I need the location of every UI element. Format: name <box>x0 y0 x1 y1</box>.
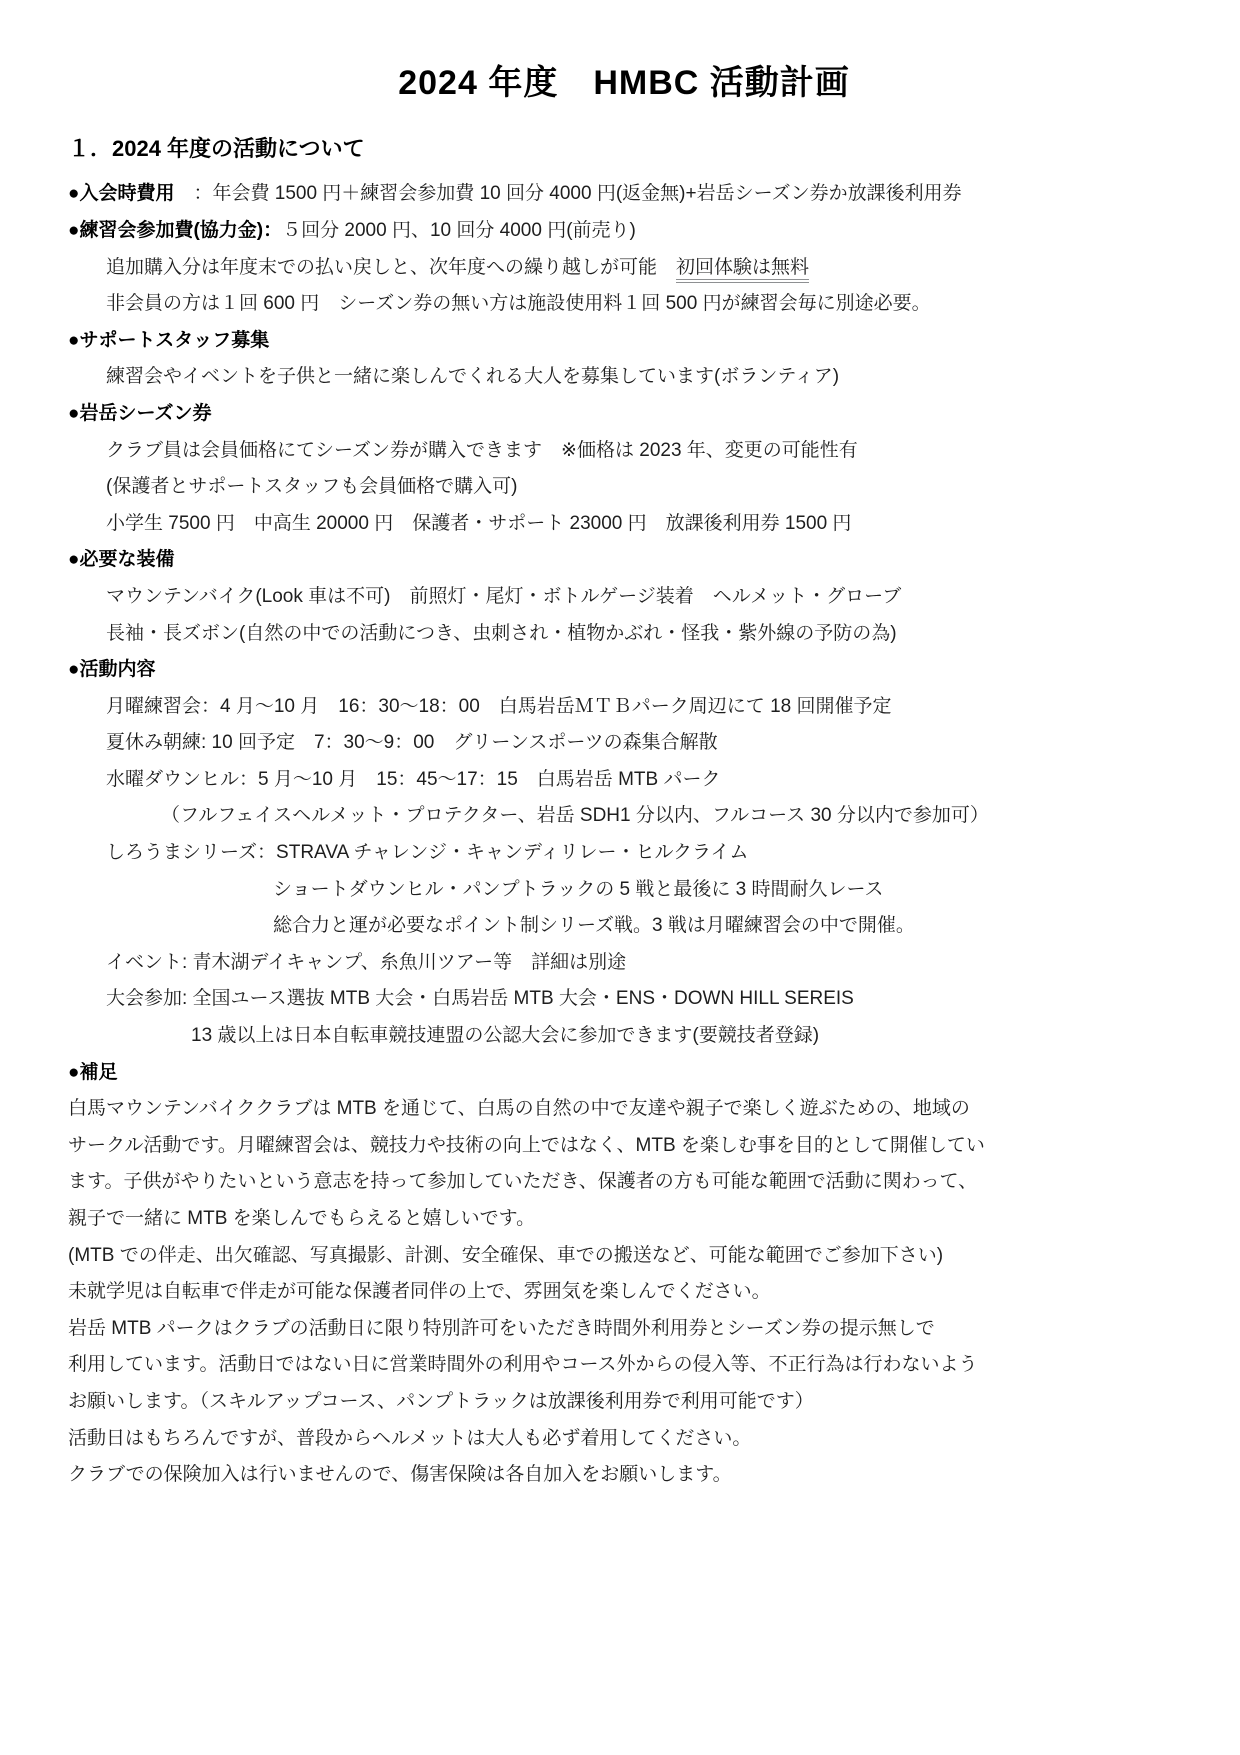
line-text: （フルフェイスヘルメット・プロテクター、岩岳 SDH1 分以内、フルコース 30… <box>161 805 989 826</box>
line-text: 親子で一緒に MTB を楽しんでもらえると嬉しいです。 <box>68 1208 535 1229</box>
document-page: 2024 年度 HMBC 活動計画 １．2024 年度の活動について ●入会時費… <box>0 0 1240 1755</box>
text-line: 親子で一緒に MTB を楽しんでもらえると嬉しいです。 <box>68 1201 1180 1238</box>
line-text: マウンテンバイク(Look 車は不可) 前照灯・尾灯・ボトルゲージ装着 ヘルメッ… <box>106 586 901 607</box>
line-text: 非会員の方は１回 600 円 シーズン券の無い方は施設使用料１回 500 円が練… <box>106 293 931 314</box>
line-text: 月曜練習会：4 月～10 月 16：30～18：00 白馬岩岳ＭＴＢパーク周辺に… <box>106 696 892 717</box>
text-line: 大会参加: 全国ユース選抜 MTB 大会・白馬岩岳 MTB 大会・ENS・DOW… <box>68 981 1180 1018</box>
line-text: クラブ員は会員価格にてシーズン券が購入できます ※価格は 2023 年、変更の可… <box>106 440 858 461</box>
line-text: (MTB での伴走、出欠確認、写真撮影、計測、安全確保、車での搬送など、可能な範… <box>68 1245 943 1266</box>
bullet-line: ●練習会参加費(協力金)：５回分 2000 円、10 回分 4000 円(前売り… <box>68 213 1180 250</box>
line-text: (保護者とサポートスタッフも会員価格で購入可) <box>106 476 517 497</box>
line-text: サークル活動です。月曜練習会は、競技力や技術の向上ではなく、MTB を楽しむ事を… <box>68 1135 985 1156</box>
line-text: ５回分 2000 円、10 回分 4000 円(前売り) <box>282 220 636 241</box>
text-line: 水曜ダウンヒル：5 月～10 月 15：45～17：15 白馬岩岳 MTB パー… <box>68 762 1180 799</box>
text-line: 白馬マウンテンバイククラブは MTB を通じて、白馬の自然の中で友達や親子で楽し… <box>68 1091 1180 1128</box>
line-text: ショートダウンヒル・パンプトラックの 5 戦と最後に 3 時間耐久レース <box>273 879 884 900</box>
line-text: お願いします。（スキルアップコース、パンプトラックは放課後利用券で利用可能です） <box>68 1391 814 1412</box>
text-line: しろうまシリーズ：STRAVA チャレンジ・キャンディリレー・ヒルクライム <box>68 835 1180 872</box>
text-line: イベント: 青木湖デイキャンプ、糸魚川ツアー等 詳細は別途 <box>68 945 1180 982</box>
text-line: 岩岳 MTB パークはクラブの活動日に限り特別許可をいただき時間外利用券とシーズ… <box>68 1311 1180 1348</box>
line-text: 水曜ダウンヒル：5 月～10 月 15：45～17：15 白馬岩岳 MTB パー… <box>106 769 720 790</box>
text-line: 月曜練習会：4 月～10 月 16：30～18：00 白馬岩岳ＭＴＢパーク周辺に… <box>68 689 1180 726</box>
bullet-label: ●活動内容 <box>68 659 155 680</box>
line-text: 長袖・長ズボン(自然の中での活動につき、虫刺され・植物かぶれ・怪我・紫外線の予防… <box>106 623 897 644</box>
text-line: 活動日はもちろんですが、普段からヘルメットは大人も必ず着用してください。 <box>68 1421 1180 1458</box>
text-line: クラブ員は会員価格にてシーズン券が購入できます ※価格は 2023 年、変更の可… <box>68 433 1180 470</box>
line-text: 追加購入分は年度末での払い戻しと、次年度への繰り越しが可能 <box>106 257 676 278</box>
line-text: イベント: 青木湖デイキャンプ、糸魚川ツアー等 詳細は別途 <box>106 952 626 973</box>
bullet-line: ●補足 <box>68 1055 1180 1092</box>
bullet-label: ●必要な装備 <box>68 549 174 570</box>
bullet-label: ●入会時費用 <box>68 183 174 204</box>
bullet-label: ●岩岳シーズン券 <box>68 403 212 424</box>
bullet-label: ●サポートスタッフ募集 <box>68 330 269 351</box>
document-title: 2024 年度 HMBC 活動計画 <box>68 60 1180 108</box>
line-text: 総合力と運が必要なポイント制シリーズ戦。3 戦は月曜練習会の中で開催。 <box>273 915 915 936</box>
line-text: 練習会やイベントを子供と一緒に楽しんでくれる大人を募集しています(ボランティア) <box>106 366 839 387</box>
line-text: 未就学児は自転車で伴走が可能な保護者同伴の上で、雰囲気を楽しんでください。 <box>68 1281 771 1302</box>
bullet-line: ●必要な装備 <box>68 542 1180 579</box>
text-line: （フルフェイスヘルメット・プロテクター、岩岳 SDH1 分以内、フルコース 30… <box>68 798 1180 835</box>
text-line: サークル活動です。月曜練習会は、競技力や技術の向上ではなく、MTB を楽しむ事を… <box>68 1128 1180 1165</box>
text-line: 利用しています。活動日ではない日に営業時間外の利用やコース外からの侵入等、不正行… <box>68 1347 1180 1384</box>
text-line: クラブでの保険加入は行いませんので、傷害保険は各自加入をお願いします。 <box>68 1457 1180 1494</box>
document-body: ●入会時費用 ：年会費 1500 円＋練習会参加費 10 回分 4000 円(返… <box>68 176 1180 1493</box>
line-text: クラブでの保険加入は行いませんので、傷害保険は各自加入をお願いします。 <box>68 1464 732 1485</box>
text-line: (MTB での伴走、出欠確認、写真撮影、計測、安全確保、車での搬送など、可能な範… <box>68 1238 1180 1275</box>
bullet-label: ●補足 <box>68 1062 117 1083</box>
bullet-line: ●岩岳シーズン券 <box>68 396 1180 433</box>
text-line: 非会員の方は１回 600 円 シーズン券の無い方は施設使用料１回 500 円が練… <box>68 286 1180 323</box>
text-line: 追加購入分は年度末での払い戻しと、次年度への繰り越しが可能 初回体験は無料 <box>68 250 1180 287</box>
line-text: ：年会費 1500 円＋練習会参加費 10 回分 4000 円(返金無)+岩岳シ… <box>174 183 961 204</box>
text-line: 夏休み朝練: 10 回予定 7：30～9：00 グリーンスポーツの森集合解散 <box>68 725 1180 762</box>
text-line: 練習会やイベントを子供と一緒に楽しんでくれる大人を募集しています(ボランティア) <box>68 359 1180 396</box>
line-text: 大会参加: 全国ユース選抜 MTB 大会・白馬岩岳 MTB 大会・ENS・DOW… <box>106 988 854 1009</box>
line-text: 夏休み朝練: 10 回予定 7：30～9：00 グリーンスポーツの森集合解散 <box>106 732 718 753</box>
first-trial-free-underlined-note: 初回体験は無料 <box>676 257 809 283</box>
line-text: 白馬マウンテンバイククラブは MTB を通じて、白馬の自然の中で友達や親子で楽し… <box>68 1098 970 1119</box>
text-line: (保護者とサポートスタッフも会員価格で購入可) <box>68 469 1180 506</box>
text-line: 13 歳以上は日本自転車競技連盟の公認大会に参加できます(要競技者登録) <box>68 1018 1180 1055</box>
line-text: 活動日はもちろんですが、普段からヘルメットは大人も必ず着用してください。 <box>68 1428 751 1449</box>
text-line: 小学生 7500 円 中高生 20000 円 保護者・サポート 23000 円 … <box>68 506 1180 543</box>
text-line: マウンテンバイク(Look 車は不可) 前照灯・尾灯・ボトルゲージ装着 ヘルメッ… <box>68 579 1180 616</box>
bullet-label: ●練習会参加費(協力金)： <box>68 220 282 241</box>
line-text: 小学生 7500 円 中高生 20000 円 保護者・サポート 23000 円 … <box>106 513 851 534</box>
line-text: しろうまシリーズ：STRAVA チャレンジ・キャンディリレー・ヒルクライム <box>106 842 749 863</box>
line-text: 岩岳 MTB パークはクラブの活動日に限り特別許可をいただき時間外利用券とシーズ… <box>68 1318 935 1339</box>
line-text: ます。子供がやりたいという意志を持って参加していただき、保護者の方も可能な範囲で… <box>68 1171 977 1192</box>
bullet-line: ●活動内容 <box>68 652 1180 689</box>
line-text: 13 歳以上は日本自転車競技連盟の公認大会に参加できます(要競技者登録) <box>191 1025 819 1046</box>
text-line: お願いします。（スキルアップコース、パンプトラックは放課後利用券で利用可能です） <box>68 1384 1180 1421</box>
bullet-line: ●サポートスタッフ募集 <box>68 323 1180 360</box>
text-line: 総合力と運が必要なポイント制シリーズ戦。3 戦は月曜練習会の中で開催。 <box>68 908 1180 945</box>
line-text: 利用しています。活動日ではない日に営業時間外の利用やコース外からの侵入等、不正行… <box>68 1354 978 1375</box>
bullet-line: ●入会時費用 ：年会費 1500 円＋練習会参加費 10 回分 4000 円(返… <box>68 176 1180 213</box>
text-line: 未就学児は自転車で伴走が可能な保護者同伴の上で、雰囲気を楽しんでください。 <box>68 1274 1180 1311</box>
section-heading: １．2024 年度の活動について <box>68 134 1180 165</box>
text-line: ます。子供がやりたいという意志を持って参加していただき、保護者の方も可能な範囲で… <box>68 1164 1180 1201</box>
text-line: 長袖・長ズボン(自然の中での活動につき、虫刺され・植物かぶれ・怪我・紫外線の予防… <box>68 616 1180 653</box>
text-line: ショートダウンヒル・パンプトラックの 5 戦と最後に 3 時間耐久レース <box>68 872 1180 909</box>
